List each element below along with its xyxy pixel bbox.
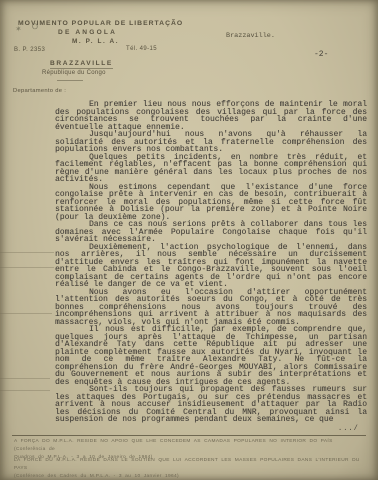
paragraph-4: Nous estimons cependant que l'existance … — [55, 184, 367, 222]
footer-fr-line1: LA FORCE DU M.P.L.A. RESIDE DANS LE SOUT… — [14, 457, 366, 473]
paragraph-2: Jusqu'aujourd'hui nous n'avons qu'à réha… — [55, 131, 367, 154]
paragraph-3: Quelques petits incidents, en nombre trè… — [55, 154, 367, 184]
department-label: Departamento de : — [13, 88, 66, 94]
paragraph-9: Sont-ils toujours qui propagent des faus… — [55, 386, 367, 424]
org-acronym: M. P. L. A. — [72, 38, 119, 45]
po-box: B. P. 2353 — [14, 47, 45, 53]
paragraph-6: Deuxièmement, l'action psychologique de … — [55, 244, 367, 289]
footer-fr-line2: (Conférence des Cadres du M.P.L.A. - 3 a… — [14, 473, 366, 480]
org-name-line1: MOVIMENTO POPULAR DE LIBERTAÇÃO — [18, 20, 183, 27]
footer-pt-line1: A FORÇA DO M.P.L.A. RESIDE NO APOIO QUE … — [14, 438, 366, 454]
scan-artifact-line — [0, 313, 52, 314]
scan-artifact-line — [0, 378, 50, 379]
paragraph-8: Il nous est difficille, par exemple, de … — [55, 326, 367, 386]
phone-number: Tél. 49-15 — [126, 46, 157, 52]
letterhead-city: BRAZZAVILLE — [50, 60, 113, 69]
paragraph-5: Dans ce cas nous serions prêts à collabo… — [55, 221, 367, 244]
paragraph-1: En premier lieu nous nous efforçons de m… — [55, 101, 367, 131]
letterhead-divider — [57, 80, 83, 81]
continuation-mark: .../ — [338, 425, 359, 433]
org-name-line2: DE ANGOLA — [58, 29, 117, 36]
dateline: Brazzaville. — [226, 32, 275, 40]
footer-slogan-french: LA FORCE DU M.P.L.A. RESIDE DANS LE SOUT… — [14, 457, 366, 480]
scanned-letter-page: ✶ O MOVIMENTO POPULAR DE LIBERTAÇÃO DE A… — [0, 0, 378, 480]
page-number: -2- — [314, 50, 328, 59]
scan-artifact-line — [0, 390, 50, 391]
scan-artifact-line — [0, 252, 54, 253]
footer-rule — [12, 435, 366, 436]
paper-sheet: ✶ O MOVIMENTO POPULAR DE LIBERTAÇÃO DE A… — [0, 0, 378, 480]
paragraph-7: Nous avons eu l'occasion d'attirer oppor… — [55, 289, 367, 327]
letter-body: En premier lieu nous nous efforçons de m… — [55, 101, 367, 424]
scan-artifact-line — [0, 267, 54, 268]
letterhead-country: République du Congo — [42, 70, 106, 76]
